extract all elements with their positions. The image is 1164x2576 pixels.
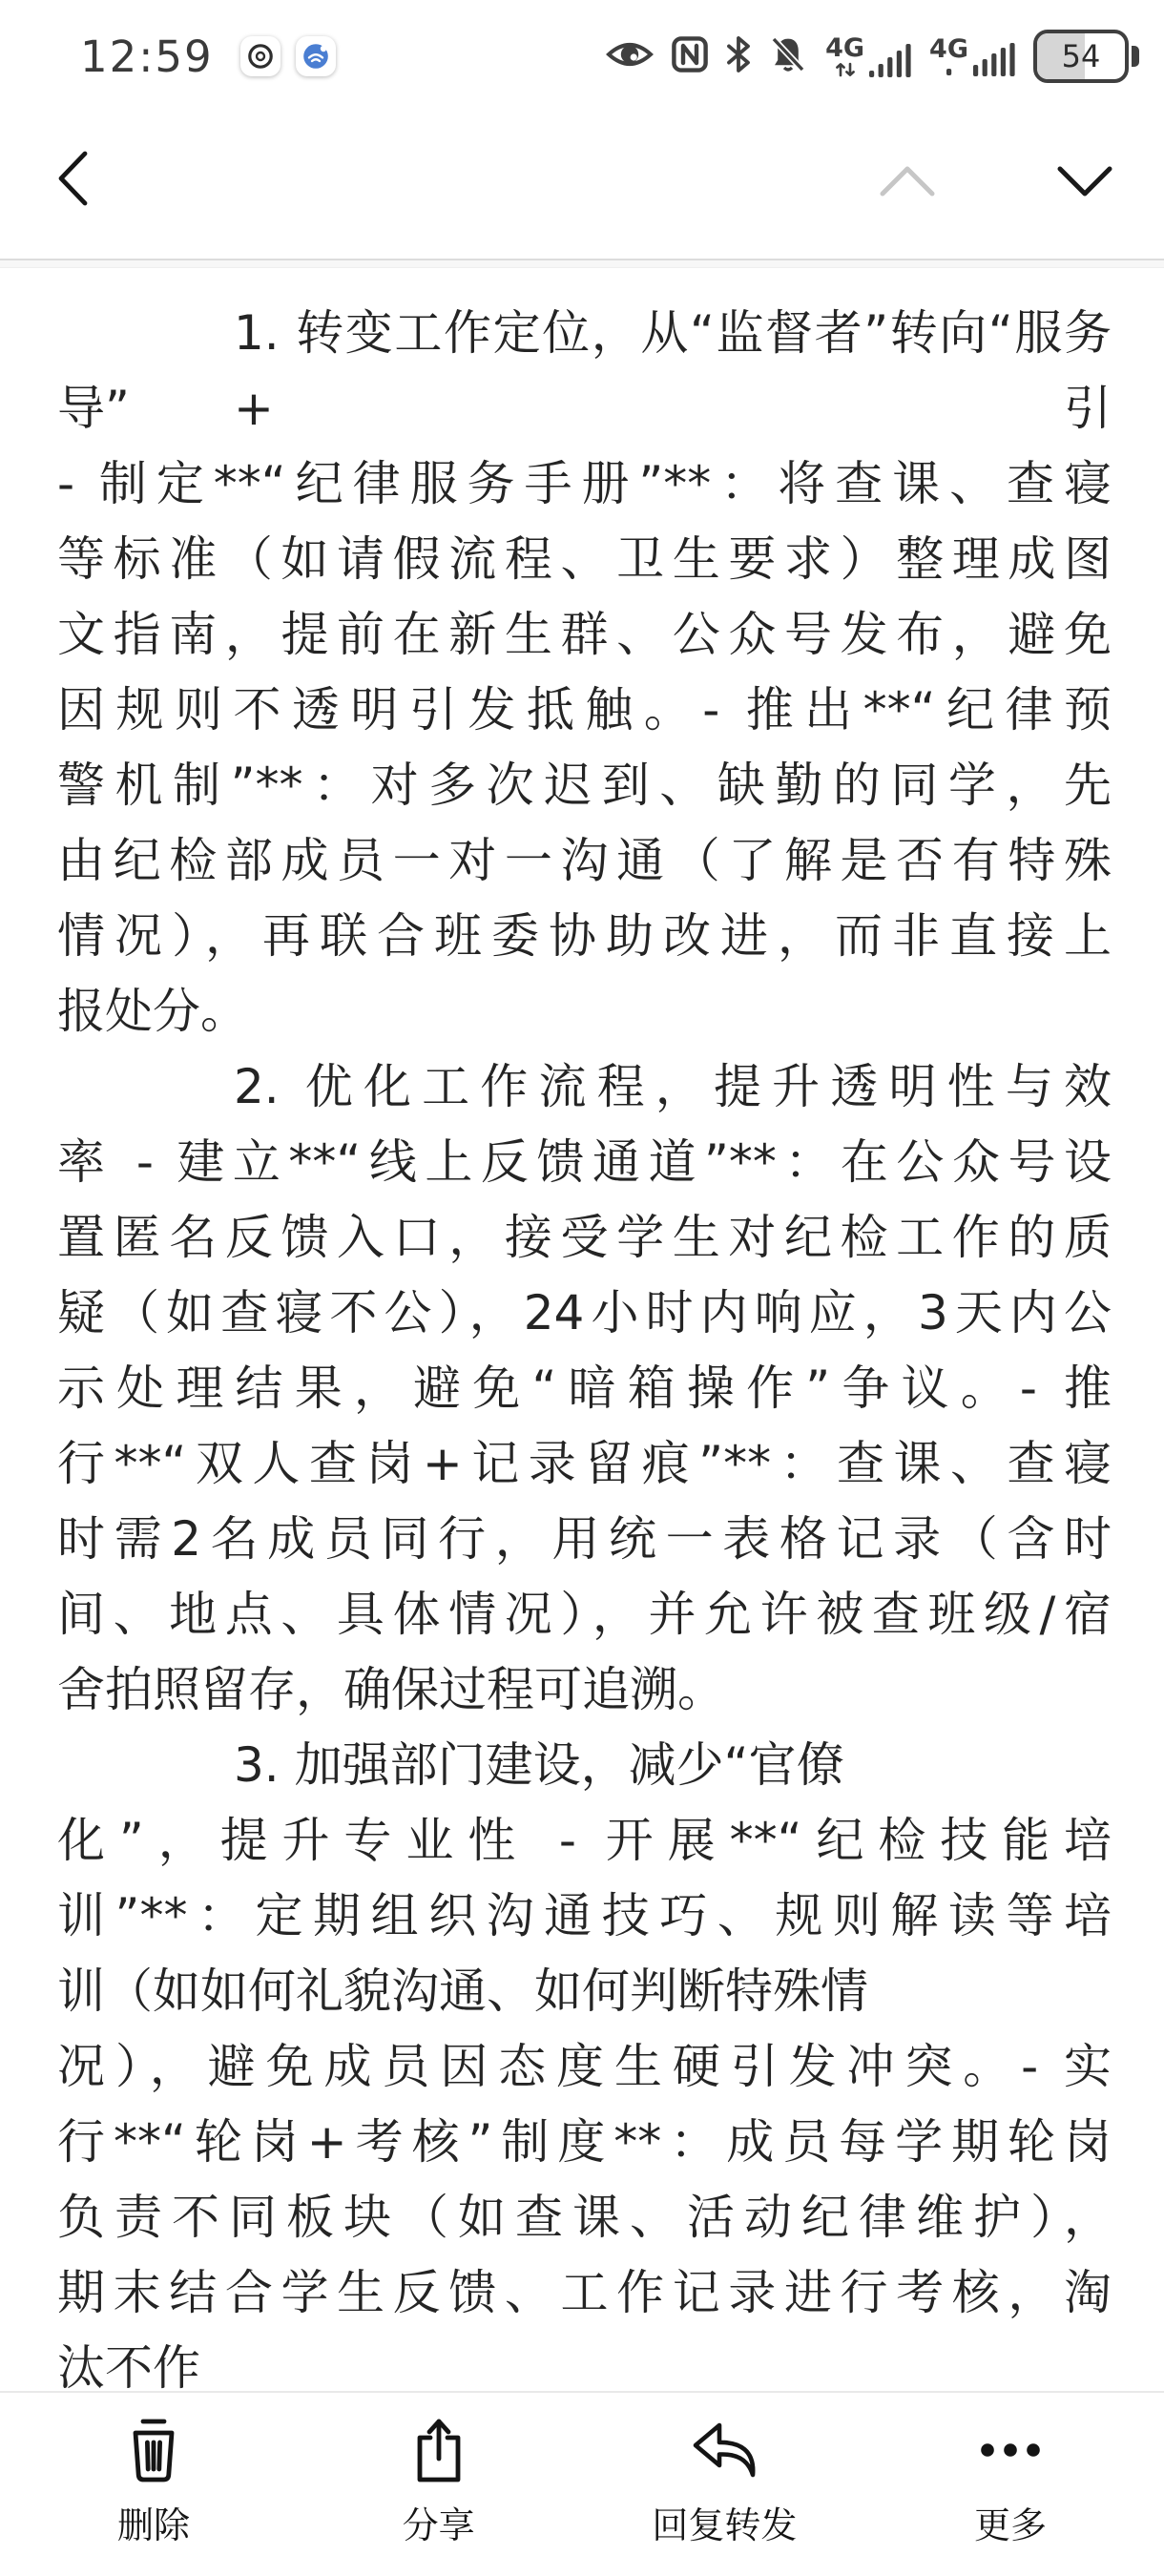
text-line: 行**“轮岗+考核”制度**：成员每学期轮岗	[57, 2105, 1112, 2180]
battery-cap	[1132, 46, 1139, 67]
text-line: 疑（如查寝不公），24小时内响应，3天内公	[57, 1276, 1112, 1351]
text-line: 化”，提升专业性 - 开展**“纪检技能培	[57, 1803, 1112, 1879]
text-line: 情况），再联合班委协助改进，而非直接上	[57, 899, 1112, 974]
previous-message-button[interactable]	[880, 166, 935, 200]
signal-4g-primary: 4G	[825, 35, 911, 77]
bluetooth-icon	[726, 36, 751, 76]
toolbar-label: 删除	[117, 2496, 190, 2548]
nfc-icon	[672, 36, 708, 76]
text-line: 间、地点、具体情况），并允许被查班级/宿	[57, 1577, 1112, 1652]
eye-icon	[606, 40, 654, 73]
delete-button[interactable]: 删除	[82, 2414, 225, 2576]
text-line: 由纪检部成员一对一沟通（了解是否有特殊	[57, 823, 1112, 899]
clock: 12:59	[80, 31, 214, 82]
text-line: 行**“双人查岗+记录留痕”**：查课、查寝	[57, 1426, 1112, 1502]
text-line: 率 - 建立**“线上反馈通道”**：在公众号设	[57, 1125, 1112, 1200]
share-icon	[411, 2414, 467, 2486]
text-line: 文指南，提前在新生群、公众号发布，避免	[57, 597, 1112, 673]
status-icons: 4G 4G 54	[606, 30, 1139, 83]
nav-divider-band	[0, 260, 1164, 268]
chevron-down-icon	[1057, 166, 1112, 197]
bottom-toolbar: 删除分享回复转发更多	[0, 2391, 1164, 2576]
more-icon	[979, 2414, 1042, 2486]
text-line: 1. 转变工作定位，从“监督者”转向“服务+引	[57, 296, 1112, 371]
toolbar-label: 回复转发	[652, 2496, 797, 2548]
text-line: 等标准（如请假流程、卫生要求）整理成图	[57, 522, 1112, 597]
nav-bar	[0, 105, 1164, 259]
text-line: 2. 优化工作流程，提升透明性与效	[57, 1049, 1112, 1125]
text-line: 因规则不透明引发抵触。- 推出**“纪律预	[57, 673, 1112, 748]
text-line: 训（如如何礼貌沟通、如何判断特殊情	[57, 1954, 1112, 2029]
battery-icon: 54	[1033, 30, 1139, 83]
data-arrows-icon	[835, 62, 856, 77]
signal-4g-secondary: 4G	[929, 36, 1015, 76]
document-body: 1. 转变工作定位，从“监督者”转向“服务+引导”- 制定**“纪律服务手册”*…	[57, 296, 1112, 2406]
more-button[interactable]: 更多	[939, 2414, 1082, 2576]
text-line: 示处理结果，避免“暗箱操作”争议。- 推	[57, 1351, 1112, 1426]
battery-percent: 54	[1062, 38, 1101, 74]
text-line: 3. 加强部门建设，减少“官僚	[57, 1728, 1112, 1803]
screen: { "status_bar": { "time": "12:59", "netw…	[0, 0, 1164, 2576]
notification-app-badges	[240, 36, 336, 76]
app-badge-blue-icon	[296, 36, 336, 76]
text-line: - 制定**“纪律服务手册”**：将查课、查寝	[57, 447, 1112, 522]
notifications-off-icon	[769, 35, 807, 77]
toolbar-label: 分享	[403, 2496, 475, 2548]
reply-forward-button[interactable]: 回复转发	[652, 2414, 797, 2576]
text-line: 警机制”**：对多次迟到、缺勤的同学，先	[57, 748, 1112, 823]
text-line: 置匿名反馈入口，接受学生对纪检工作的质	[57, 1200, 1112, 1276]
text-line: 报处分。	[57, 974, 1112, 1049]
text-line: 舍拍照留存，确保过程可追溯。	[57, 1652, 1112, 1728]
trash-icon	[124, 2414, 183, 2486]
text-line: 时需2名成员同行，用统一表格记录（含时	[57, 1502, 1112, 1577]
toolbar-label: 更多	[974, 2496, 1047, 2548]
status-bar: 12:59 4G 4G	[0, 0, 1164, 105]
back-button[interactable]	[55, 151, 90, 210]
signal-bars-icon	[869, 41, 911, 77]
reply-icon	[688, 2414, 760, 2486]
back-icon	[55, 151, 90, 206]
signal-bars-icon	[973, 40, 1015, 76]
next-message-button[interactable]	[1057, 166, 1112, 200]
text-line: 负责不同板块（如查课、活动纪律维护），	[57, 2180, 1112, 2255]
network-type-label: 4G	[929, 36, 968, 62]
text-line: 期末结合学生反馈、工作记录进行考核，淘	[57, 2255, 1112, 2331]
text-line: 训”**：定期组织沟通技巧、规则解读等培	[57, 1879, 1112, 1954]
network-type-label: 4G	[825, 35, 864, 61]
app-badge-icon	[240, 36, 281, 76]
signal-dot-icon	[945, 63, 954, 76]
share-button[interactable]: 分享	[367, 2414, 510, 2576]
text-line: 况），避免成员因态度生硬引发冲突。- 实	[57, 2029, 1112, 2105]
chevron-up-icon	[880, 166, 935, 197]
